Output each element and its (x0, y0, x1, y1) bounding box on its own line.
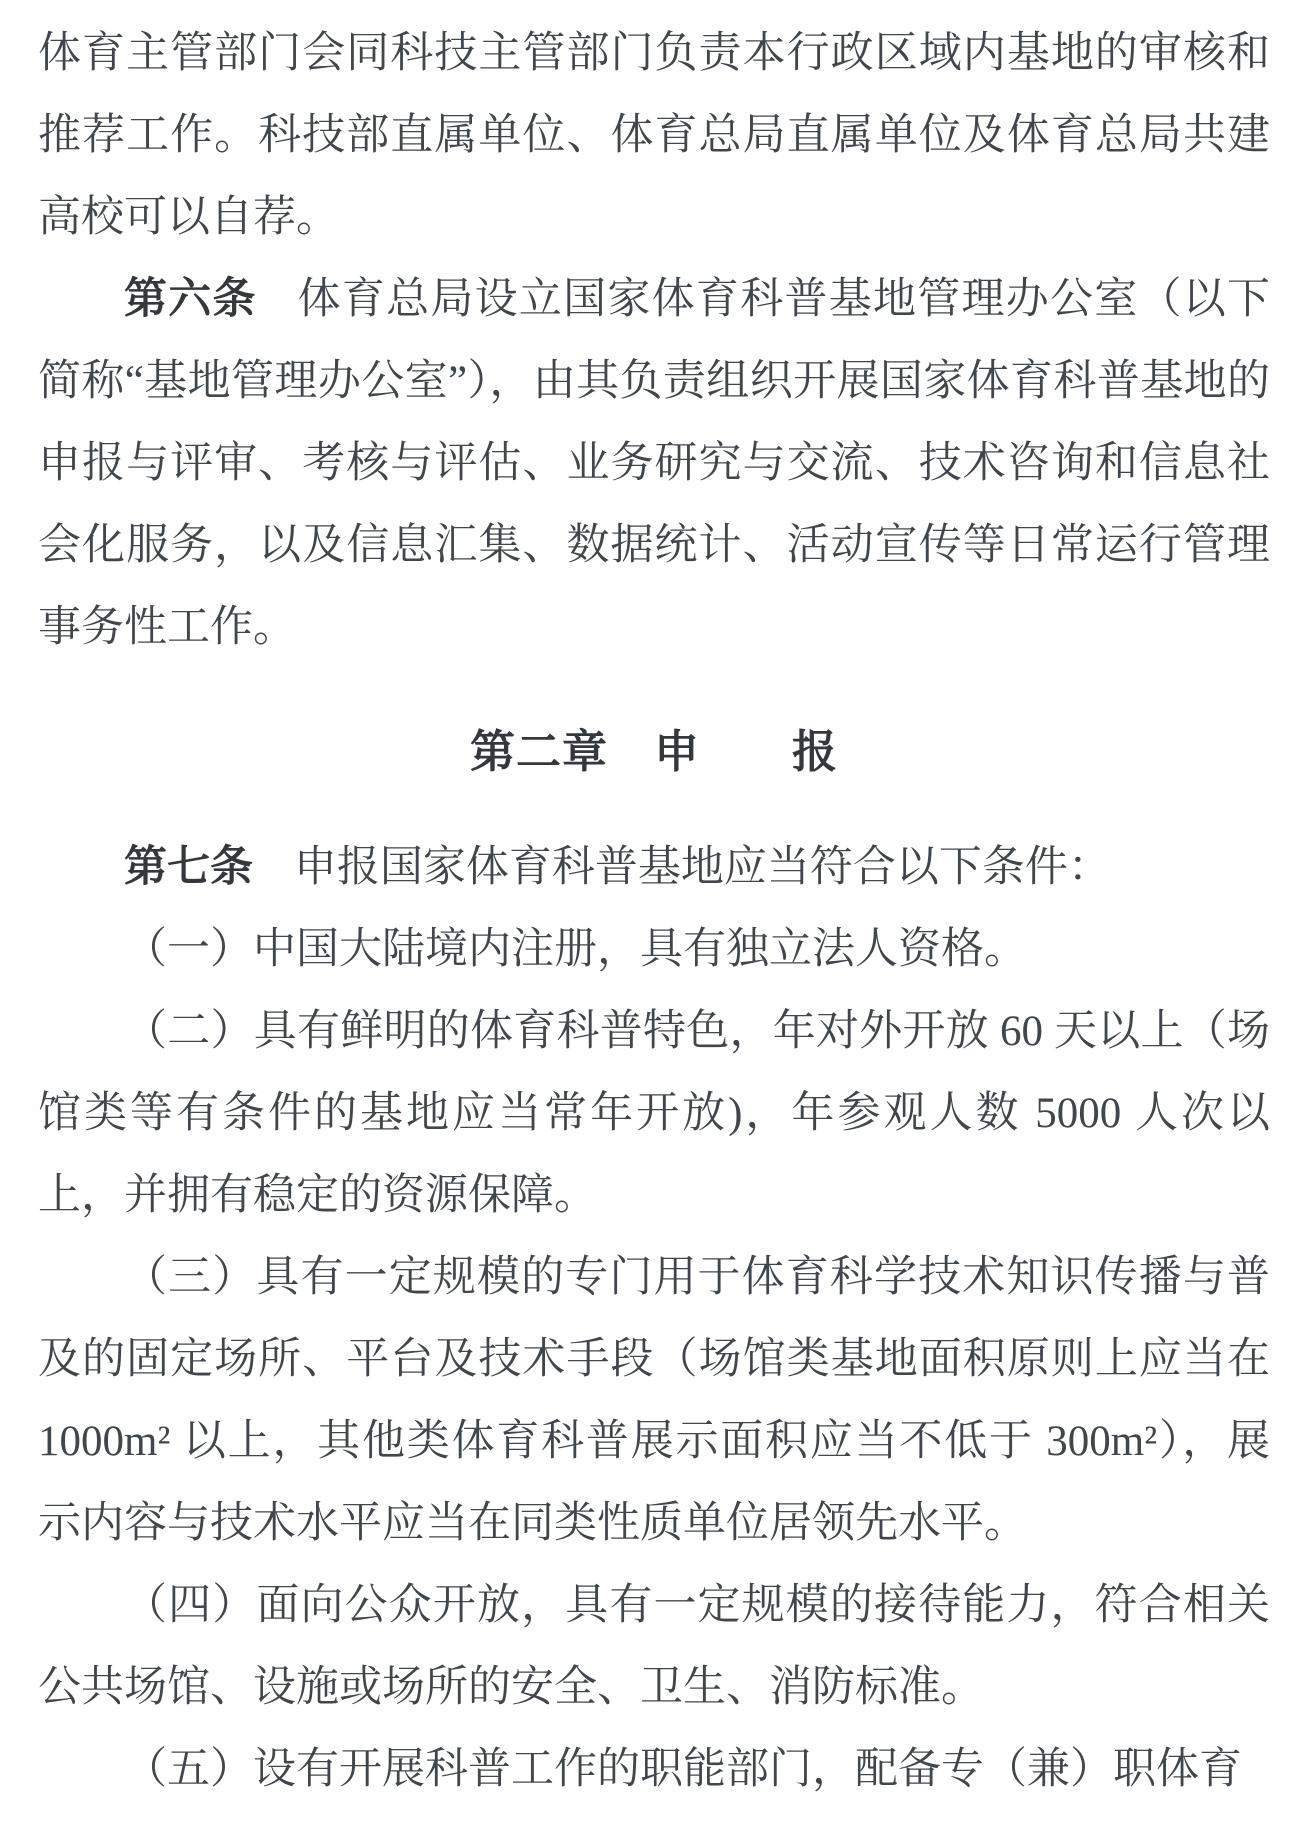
condition-item-2: （二）具有鲜明的体育科普特色，年对外开放 60 天以上（场馆类等有条件的基地应当… (38, 991, 1270, 1237)
paragraph-continuation: 体育主管部门会同科技主管部门负责本行政区域内基地的审核和推荐工作。科技部直属单位… (38, 13, 1270, 259)
article-7-paragraph: 第七条申报国家体育科普基地应当符合以下条件： (38, 827, 1270, 909)
condition-item-3: （三）具有一定规模的专门用于体育科学技术知识传播与普及的固定场所、平台及技术手段… (38, 1237, 1270, 1565)
condition-item-1: （一）中国大陆境内注册，具有独立法人资格。 (38, 909, 1270, 991)
chapter-2-heading: 第二章 申 报 (38, 711, 1270, 793)
article-6-text: 体育总局设立国家体育科普基地管理办公室（以下简称“基地管理办公室”），由其负责组… (38, 276, 1270, 651)
article-7-number: 第七条 (124, 844, 253, 891)
article-6-paragraph: 第六条体育总局设立国家体育科普基地管理办公室（以下简称“基地管理办公室”），由其… (38, 259, 1270, 669)
document-page: 体育主管部门会同科技主管部门负责本行政区域内基地的审核和推荐工作。科技部直属单位… (0, 0, 1308, 1825)
condition-item-5: （五）设有开展科普工作的职能部门，配备专（兼）职体育 (38, 1729, 1270, 1811)
article-7-text: 申报国家体育科普基地应当符合以下条件： (294, 844, 1111, 891)
condition-item-4: （四）面向公众开放，具有一定规模的接待能力，符合相关公共场馆、设施或场所的安全、… (38, 1565, 1270, 1729)
article-6-number: 第六条 (124, 276, 257, 323)
